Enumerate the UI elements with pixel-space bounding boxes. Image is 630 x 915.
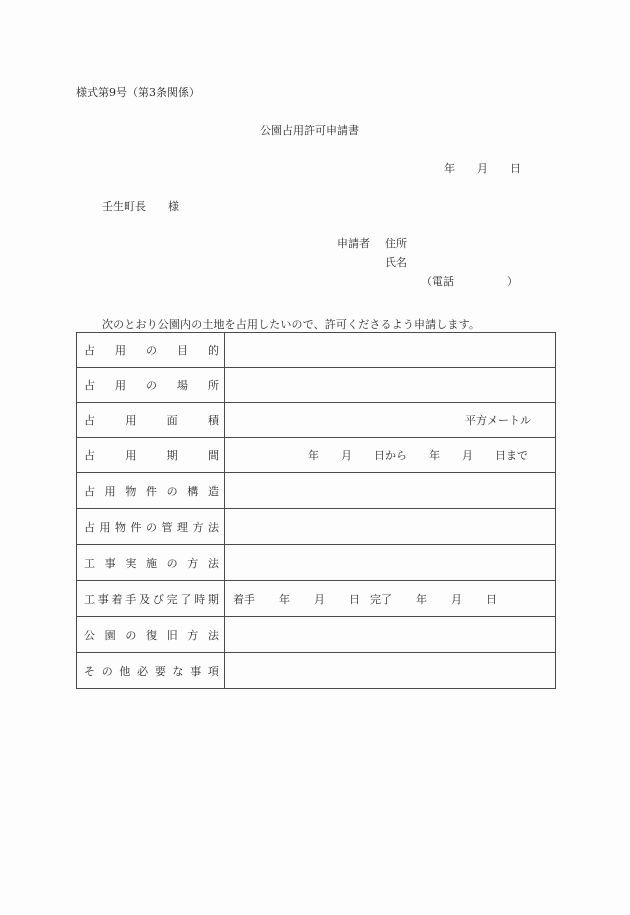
applicant-phone-close: ）: [507, 273, 518, 289]
applicant-address-label: 住所: [385, 235, 407, 251]
row-value-other-matters[interactable]: [225, 653, 556, 689]
table-row-place: 占用の場所: [77, 368, 556, 403]
label-char: 間: [208, 447, 219, 463]
intro-text: 次のとおり公園内の土地を占用したいので、許可くださるよう申請します。: [102, 316, 480, 332]
label-char: 面: [167, 412, 178, 428]
label-char: 工: [84, 591, 95, 607]
row-label-restoration-method: 公園の復旧方法: [77, 617, 225, 653]
row-label-place: 占用の場所: [77, 368, 225, 403]
application-date: 年月日: [444, 160, 521, 176]
row-value-area[interactable]: 平方メートル: [225, 403, 556, 438]
label-char: 理: [177, 519, 188, 535]
table-row-area: 占用面積平方メートル: [77, 403, 556, 438]
schedule-d1: 日: [349, 591, 360, 607]
row-label-management: 占用物件の管理方法: [77, 509, 225, 545]
row-label-area: 占用面積: [77, 403, 225, 438]
area-unit: 平方メートル: [465, 412, 531, 428]
label-char: 積: [208, 412, 219, 428]
label-char: 法: [208, 555, 219, 571]
period-y2: 年: [429, 447, 440, 463]
label-char: 件: [131, 519, 142, 535]
row-label-construction-schedule: 工事着手及び完了時期: [77, 581, 225, 617]
form-number: 様式第9号（第3条関係）: [76, 84, 200, 100]
label-char: 占: [84, 342, 95, 358]
label-char: 復: [146, 627, 157, 643]
table-row-other-matters: その他必要な事項: [77, 653, 556, 689]
label-char: 完: [167, 591, 178, 607]
row-value-structure[interactable]: [225, 473, 556, 509]
label-char: 場: [177, 377, 188, 393]
label-char: 造: [208, 483, 219, 499]
table-row-management: 占用物件の管理方法: [77, 509, 556, 545]
row-value-restoration-method[interactable]: [225, 617, 556, 653]
label-char: な: [173, 663, 184, 679]
label-char: 旧: [167, 627, 178, 643]
document-title: 公園占用許可申請書: [260, 122, 359, 138]
label-char: 項: [208, 663, 219, 679]
label-char: 用: [105, 483, 116, 499]
table-row-period: 占用期間年月日から年月日まで: [77, 438, 556, 473]
label-char: 用: [115, 342, 126, 358]
label-char: の: [146, 377, 157, 393]
construction-schedule-fields: 着手年月日完了年月日: [233, 591, 497, 607]
label-char: の: [146, 519, 157, 535]
row-value-management[interactable]: [225, 509, 556, 545]
table-row-restoration-method: 公園の復旧方法: [77, 617, 556, 653]
label-char: 占: [84, 447, 95, 463]
label-char: 管: [162, 519, 173, 535]
schedule-y2: 年: [416, 591, 427, 607]
schedule-m2: 月: [451, 591, 462, 607]
label-char: 構: [187, 483, 198, 499]
row-label-structure: 占用物件の構造: [77, 473, 225, 509]
label-char: 目: [177, 342, 188, 358]
table-row-structure: 占用物件の構造: [77, 473, 556, 509]
addressee-honorific: 様: [168, 200, 179, 213]
period-d2: 日まで: [495, 447, 528, 463]
label-char: 手: [125, 591, 136, 607]
table-row-construction-method: 工事実施の方法: [77, 545, 556, 581]
period-d1: 日から: [374, 447, 407, 463]
applicant-phone-label: （電話: [421, 273, 454, 289]
label-char: 法: [208, 519, 219, 535]
applicant-label: 申請者: [337, 235, 370, 251]
label-char: 施: [146, 555, 157, 571]
label-char: 法: [208, 627, 219, 643]
label-char: の: [102, 663, 113, 679]
label-char: 用: [125, 447, 136, 463]
schedule-end: 完了: [370, 591, 392, 607]
label-char: 必: [137, 663, 148, 679]
label-char: 工: [84, 555, 95, 571]
label-char: 方: [193, 519, 204, 535]
label-char: の: [125, 627, 136, 643]
label-char: 着: [112, 591, 123, 607]
label-char: 了: [180, 591, 191, 607]
addressee-name: 壬生町長: [102, 200, 146, 213]
label-char: 事: [105, 555, 116, 571]
label-char: 方: [187, 627, 198, 643]
row-value-period[interactable]: 年月日から年月日まで: [225, 438, 556, 473]
label-char: そ: [84, 663, 95, 679]
label-char: 事: [190, 663, 201, 679]
label-char: 用: [125, 412, 136, 428]
application-table: 占用の目的占用の場所占用面積平方メートル占用期間年月日から年月日まで占用物件の構…: [76, 332, 556, 689]
schedule-y1: 年: [279, 591, 290, 607]
label-char: 公: [84, 627, 95, 643]
label-char: 物: [115, 519, 126, 535]
row-value-purpose[interactable]: [225, 333, 556, 368]
row-value-place[interactable]: [225, 368, 556, 403]
label-char: 用: [100, 519, 111, 535]
period-m1: 月: [341, 447, 352, 463]
row-label-period: 占用期間: [77, 438, 225, 473]
row-label-purpose: 占用の目的: [77, 333, 225, 368]
label-char: の: [146, 342, 157, 358]
label-char: 要: [155, 663, 166, 679]
label-char: 他: [119, 663, 130, 679]
label-char: 期: [167, 447, 178, 463]
addressee: 壬生町長様: [102, 198, 179, 214]
period-y1: 年: [308, 447, 319, 463]
label-char: 事: [98, 591, 109, 607]
row-label-other-matters: その他必要な事項: [77, 653, 225, 689]
label-char: び: [153, 591, 164, 607]
label-char: の: [167, 483, 178, 499]
table-row-construction-schedule: 工事着手及び完了時期着手年月日完了年月日: [77, 581, 556, 617]
period-fields: 年月日から年月日まで: [308, 447, 528, 463]
label-char: 占: [84, 483, 95, 499]
label-char: 物: [125, 483, 136, 499]
label-char: 方: [187, 555, 198, 571]
period-m2: 月: [462, 447, 473, 463]
row-value-construction-method[interactable]: [225, 545, 556, 581]
label-char: 的: [208, 342, 219, 358]
label-char: 占: [84, 377, 95, 393]
schedule-m1: 月: [314, 591, 325, 607]
label-char: 用: [115, 377, 126, 393]
label-char: 占: [84, 412, 95, 428]
table-row-purpose: 占用の目的: [77, 333, 556, 368]
label-char: 実: [125, 555, 136, 571]
label-char: 占: [84, 519, 95, 535]
label-char: 及: [139, 591, 150, 607]
label-char: 期: [208, 591, 219, 607]
schedule-d2: 日: [486, 591, 497, 607]
row-label-construction-method: 工事実施の方法: [77, 545, 225, 581]
label-char: 件: [146, 483, 157, 499]
applicant-name-label: 氏名: [385, 254, 407, 270]
label-char: 園: [105, 627, 116, 643]
label-char: の: [167, 555, 178, 571]
label-char: 時: [194, 591, 205, 607]
schedule-start: 着手: [233, 591, 255, 607]
row-value-construction-schedule[interactable]: 着手年月日完了年月日: [225, 581, 556, 617]
label-char: 所: [208, 377, 219, 393]
